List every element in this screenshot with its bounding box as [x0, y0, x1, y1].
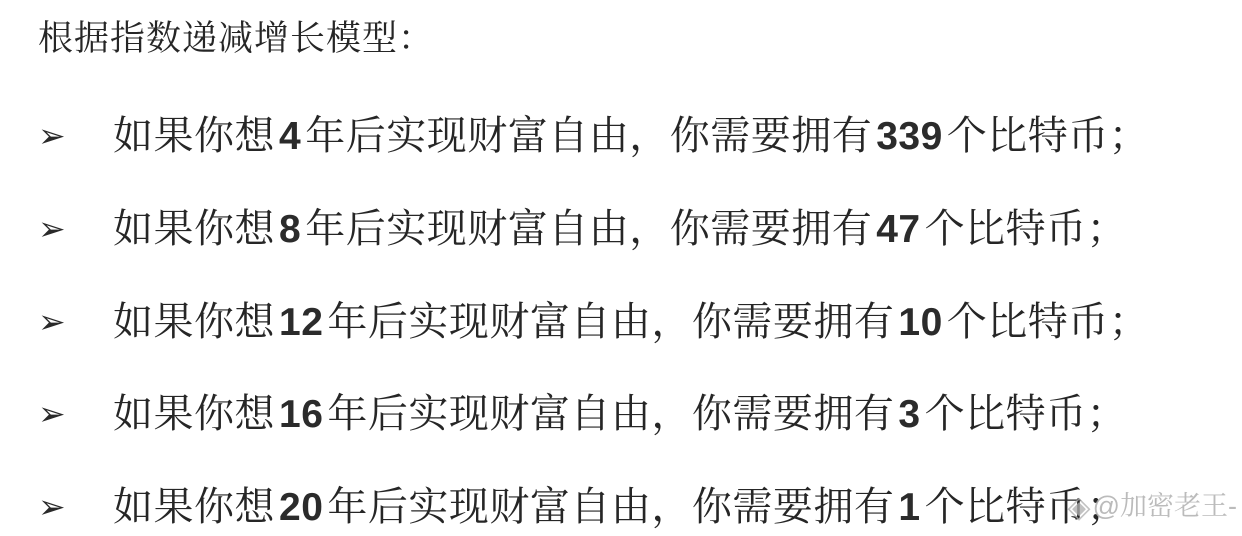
bullet-pre: 如果你想 [113, 113, 275, 158]
btc-amount-value: 1 [898, 486, 920, 529]
arrowhead-bullet-icon: ➢ [38, 390, 113, 438]
bullet-item: ➢ 如果你想12年后实现财富自由，你需要拥有10个比特币； [38, 298, 1242, 347]
arrowhead-bullet-icon: ➢ [38, 205, 113, 253]
years-value: 12 [279, 301, 323, 344]
bullet-post: 个比特币； [947, 113, 1150, 158]
bullet-post: 个比特币； [947, 299, 1150, 344]
bullet-text: 如果你想16年后实现财富自由，你需要拥有3个比特币； [113, 390, 1127, 439]
bullet-mid: 年后实现财富自由，你需要拥有 [327, 299, 894, 344]
btc-amount-value: 339 [876, 115, 943, 158]
bullet-item: ➢ 如果你想8年后实现财富自由，你需要拥有47个比特币； [38, 205, 1242, 254]
bullet-item: ➢ 如果你想20年后实现财富自由，你需要拥有1个比特币； [38, 483, 1242, 532]
arrowhead-bullet-icon: ➢ [38, 298, 113, 346]
years-value: 16 [279, 393, 323, 436]
bullet-post: 个比特币； [925, 484, 1128, 529]
page-title: 根据指数递减增长模型： [38, 18, 434, 60]
btc-amount-value: 47 [876, 208, 920, 251]
bullet-item: ➢ 如果你想4年后实现财富自由，你需要拥有339个比特币； [38, 112, 1242, 161]
arrowhead-bullet-icon: ➢ [38, 112, 113, 160]
bullet-pre: 如果你想 [113, 391, 275, 436]
btc-amount-value: 10 [898, 301, 942, 344]
bullet-pre: 如果你想 [113, 299, 275, 344]
bullet-post: 个比特币； [925, 391, 1128, 436]
bullet-mid: 年后实现财富自由，你需要拥有 [327, 391, 894, 436]
bullet-mid: 年后实现财富自由，你需要拥有 [305, 206, 872, 251]
bullet-item: ➢ 如果你想16年后实现财富自由，你需要拥有3个比特币； [38, 390, 1242, 439]
years-value: 8 [279, 208, 301, 251]
bullet-pre: 如果你想 [113, 206, 275, 251]
bullet-post: 个比特币； [925, 206, 1128, 251]
years-value: 20 [279, 486, 323, 529]
bullet-mid: 年后实现财富自由，你需要拥有 [305, 113, 872, 158]
slide: 根据指数递减增长模型： ➢ 如果你想4年后实现财富自由，你需要拥有339个比特币… [0, 0, 1242, 536]
bullet-text: 如果你想4年后实现财富自由，你需要拥有339个比特币； [113, 112, 1149, 161]
bullet-text: 如果你想8年后实现财富自由，你需要拥有47个比特币； [113, 205, 1127, 254]
btc-amount-value: 3 [898, 393, 920, 436]
bullet-mid: 年后实现财富自由，你需要拥有 [327, 484, 894, 529]
arrowhead-bullet-icon: ➢ [38, 483, 113, 531]
bullet-text: 如果你想12年后实现财富自由，你需要拥有10个比特币； [113, 298, 1149, 347]
bullet-text: 如果你想20年后实现财富自由，你需要拥有1个比特币； [113, 483, 1127, 532]
bullet-pre: 如果你想 [113, 484, 275, 529]
years-value: 4 [279, 115, 301, 158]
